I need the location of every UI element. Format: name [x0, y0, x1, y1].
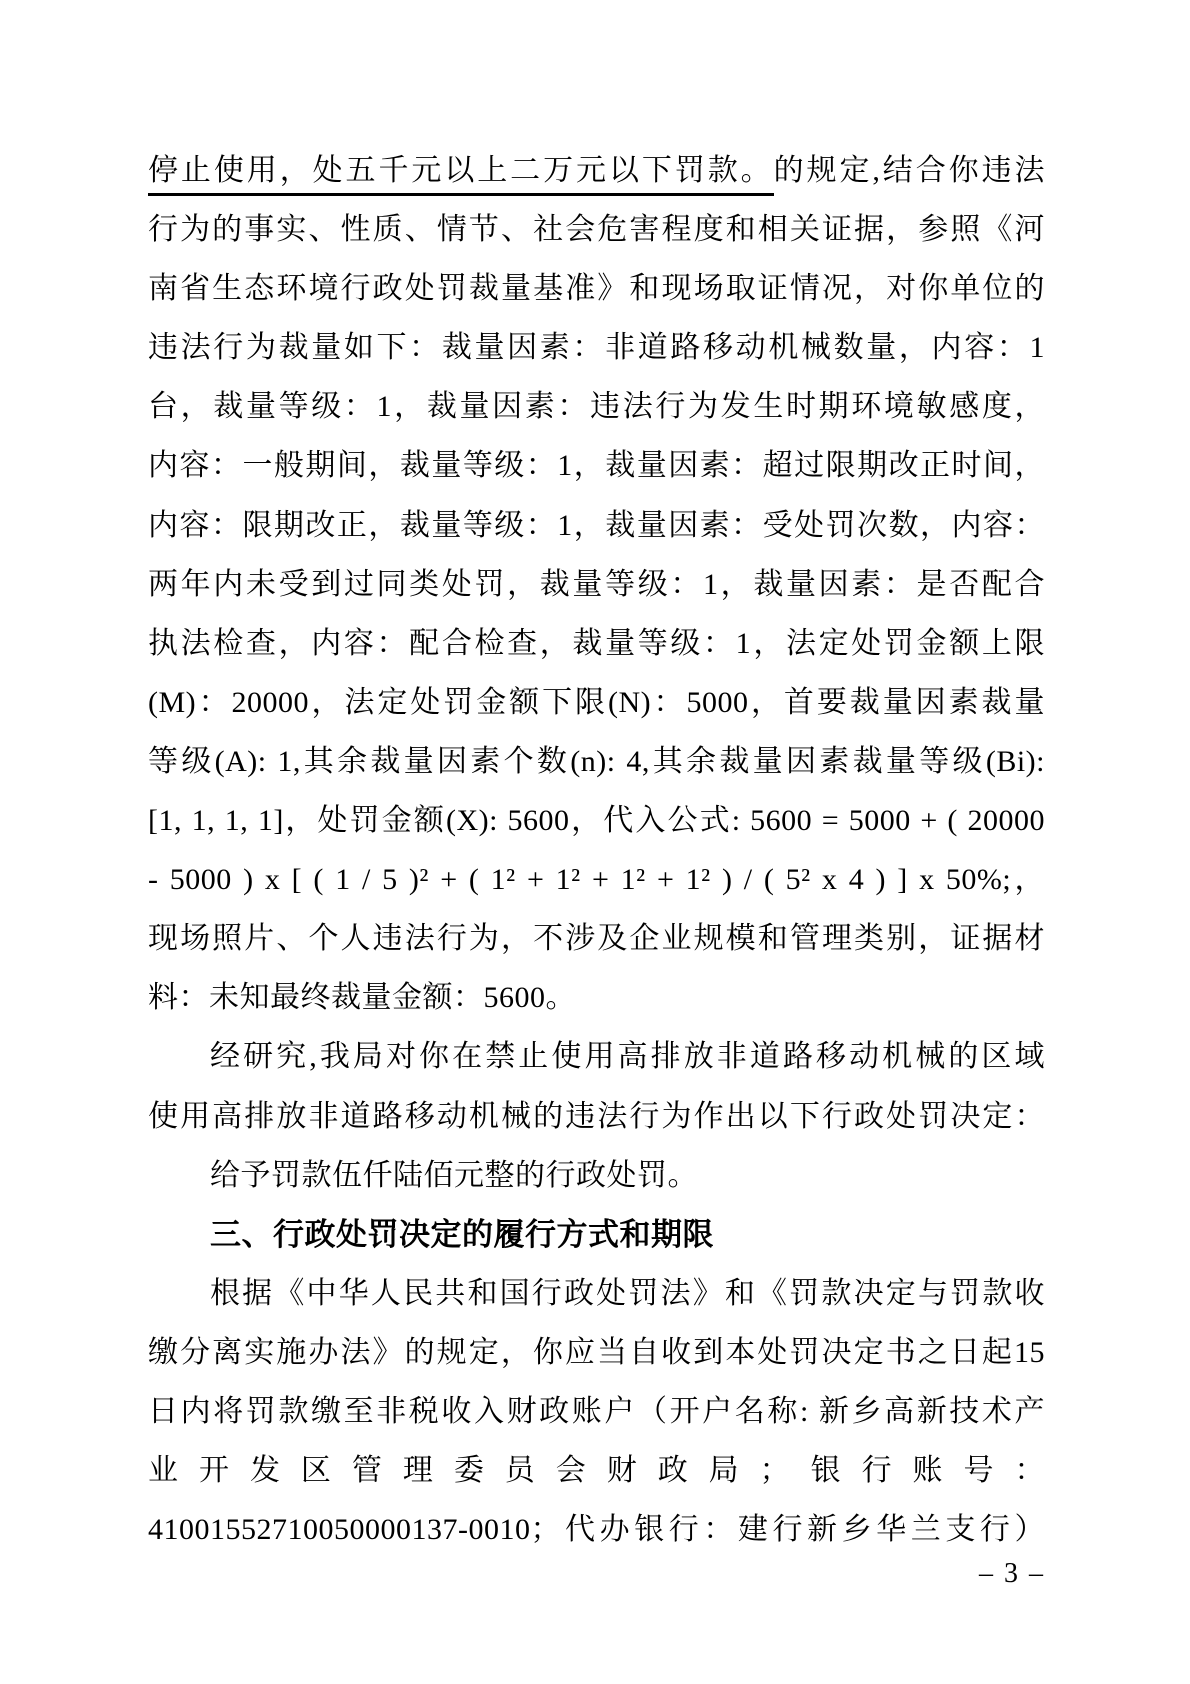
document-body: 停止使用，处五千元以上二万元以下罚款。的规定,结合你违法行为的事实、性质、情节、… — [148, 141, 1045, 1559]
text-line: 给予罚款伍仟陆佰元整的行政处罚。 — [148, 1146, 1045, 1205]
text-line: 执法检查，内容：配合检查，裁量等级：1，法定处罚金额上限 — [148, 614, 1045, 673]
text-line: 违法行为裁量如下：裁量因素：非道路移动机械数量，内容：1 — [148, 318, 1045, 377]
text-line: 缴分离实施办法》的规定，你应当自收到本处罚决定书之日起15 — [148, 1323, 1045, 1382]
text-segment: 违法行为裁量如下：裁量因素：非道路移动机械数量，内容：1 — [148, 331, 1045, 364]
text-segment: 两年内未受到过同类处罚，裁量等级：1，裁量因素：是否配合 — [148, 568, 1045, 601]
text-segment: 现场照片、个人违法行为，不涉及企业规模和管理类别，证据材 — [148, 922, 1045, 955]
text-line: 两年内未受到过同类处罚，裁量等级：1，裁量因素：是否配合 — [148, 555, 1045, 614]
text-segment: 根据《中华人民共和国行政处罚法》和《罚款决定与罚款收 — [210, 1277, 1045, 1310]
text-segment: 41001552710050000137-0010；代办银行：建行新乡华兰支行） — [148, 1513, 1045, 1546]
page-number: – 3 – — [148, 1554, 1045, 1594]
text-segment: - 5000 ) x [ ( 1 / 5 )² + ( 1² + 1² + 1²… — [148, 863, 1045, 896]
text-line: 南省生态环境行政处罚裁量基准》和现场取证情况，对你单位的 — [148, 259, 1045, 318]
text-line: 现场照片、个人违法行为，不涉及企业规模和管理类别，证据材 — [148, 909, 1045, 968]
text-line: 停止使用，处五千元以上二万元以下罚款。的规定,结合你违法 — [148, 141, 1045, 200]
text-segment: 三、行政处罚决定的履行方式和期限 — [210, 1217, 714, 1252]
text-line: 行为的事实、性质、情节、社会危害程度和相关证据，参照《河 — [148, 200, 1045, 259]
text-line: 料：未知最终裁量金额：5600。 — [148, 968, 1045, 1027]
text-segment: 的规定,结合你违法 — [774, 154, 1045, 187]
text-segment: 南省生态环境行政处罚裁量基准》和现场取证情况，对你单位的 — [148, 272, 1045, 305]
text-line: 业开发区管理委员会财政局；银行账号： — [148, 1441, 1045, 1500]
text-segment: 经研究,我局对你在禁止使用高排放非道路移动机械的区域 — [210, 1040, 1045, 1073]
text-segment: 缴分离实施办法》的规定，你应当自收到本处罚决定书之日起15 — [148, 1336, 1045, 1369]
text-segment: 执法检查，内容：配合检查，裁量等级：1，法定处罚金额上限 — [148, 627, 1045, 660]
text-segment: 等级(A): 1,其余裁量因素个数(n): 4,其余裁量因素裁量等级(Bi): — [148, 745, 1045, 778]
text-line: (M)：20000，法定处罚金额下限(N)：5000，首要裁量因素裁量 — [148, 673, 1045, 732]
section-heading: 三、行政处罚决定的履行方式和期限 — [148, 1205, 1045, 1264]
underlined-text: 停止使用，处五千元以上二万元以下罚款。 — [148, 154, 774, 196]
text-line: 台，裁量等级：1，裁量因素：违法行为发生时期环境敏感度， — [148, 377, 1045, 436]
text-segment: 台，裁量等级：1，裁量因素：违法行为发生时期环境敏感度， — [148, 390, 1045, 423]
text-line: - 5000 ) x [ ( 1 / 5 )² + ( 1² + 1² + 1²… — [148, 850, 1045, 909]
document-page: 停止使用，处五千元以上二万元以下罚款。的规定,结合你违法行为的事实、性质、情节、… — [0, 0, 1190, 1684]
text-line: 41001552710050000137-0010；代办银行：建行新乡华兰支行） — [148, 1500, 1045, 1559]
text-line: 等级(A): 1,其余裁量因素个数(n): 4,其余裁量因素裁量等级(Bi): — [148, 732, 1045, 791]
text-segment: [1, 1, 1, 1]，处罚金额(X): 5600，代入公式: 5600 = … — [148, 804, 1045, 837]
text-segment: 料：未知最终裁量金额：5600。 — [148, 981, 576, 1014]
text-line: 根据《中华人民共和国行政处罚法》和《罚款决定与罚款收 — [148, 1264, 1045, 1323]
text-line: 内容：限期改正，裁量等级：1，裁量因素：受处罚次数，内容： — [148, 496, 1045, 555]
text-line: 使用高排放非道路移动机械的违法行为作出以下行政处罚决定： — [148, 1087, 1045, 1146]
text-line: 经研究,我局对你在禁止使用高排放非道路移动机械的区域 — [148, 1027, 1045, 1086]
text-line: 内容：一般期间，裁量等级：1，裁量因素：超过限期改正时间， — [148, 436, 1045, 495]
text-segment: 使用高排放非道路移动机械的违法行为作出以下行政处罚决定： — [148, 1100, 1045, 1133]
text-segment: 日内将罚款缴至非税收入财政账户（开户名称: 新乡高新技术产 — [148, 1395, 1045, 1428]
text-segment: 给予罚款伍仟陆佰元整的行政处罚。 — [210, 1159, 698, 1192]
text-line: 日内将罚款缴至非税收入财政账户（开户名称: 新乡高新技术产 — [148, 1382, 1045, 1441]
text-segment: 内容：限期改正，裁量等级：1，裁量因素：受处罚次数，内容： — [148, 509, 1045, 542]
text-segment: 业开发区管理委员会财政局；银行账号： — [148, 1454, 1045, 1487]
text-line: [1, 1, 1, 1]，处罚金额(X): 5600，代入公式: 5600 = … — [148, 791, 1045, 850]
text-segment: (M)：20000，法定处罚金额下限(N)：5000，首要裁量因素裁量 — [148, 686, 1045, 719]
text-segment: 内容：一般期间，裁量等级：1，裁量因素：超过限期改正时间， — [148, 449, 1045, 482]
text-segment: 行为的事实、性质、情节、社会危害程度和相关证据，参照《河 — [148, 213, 1045, 246]
